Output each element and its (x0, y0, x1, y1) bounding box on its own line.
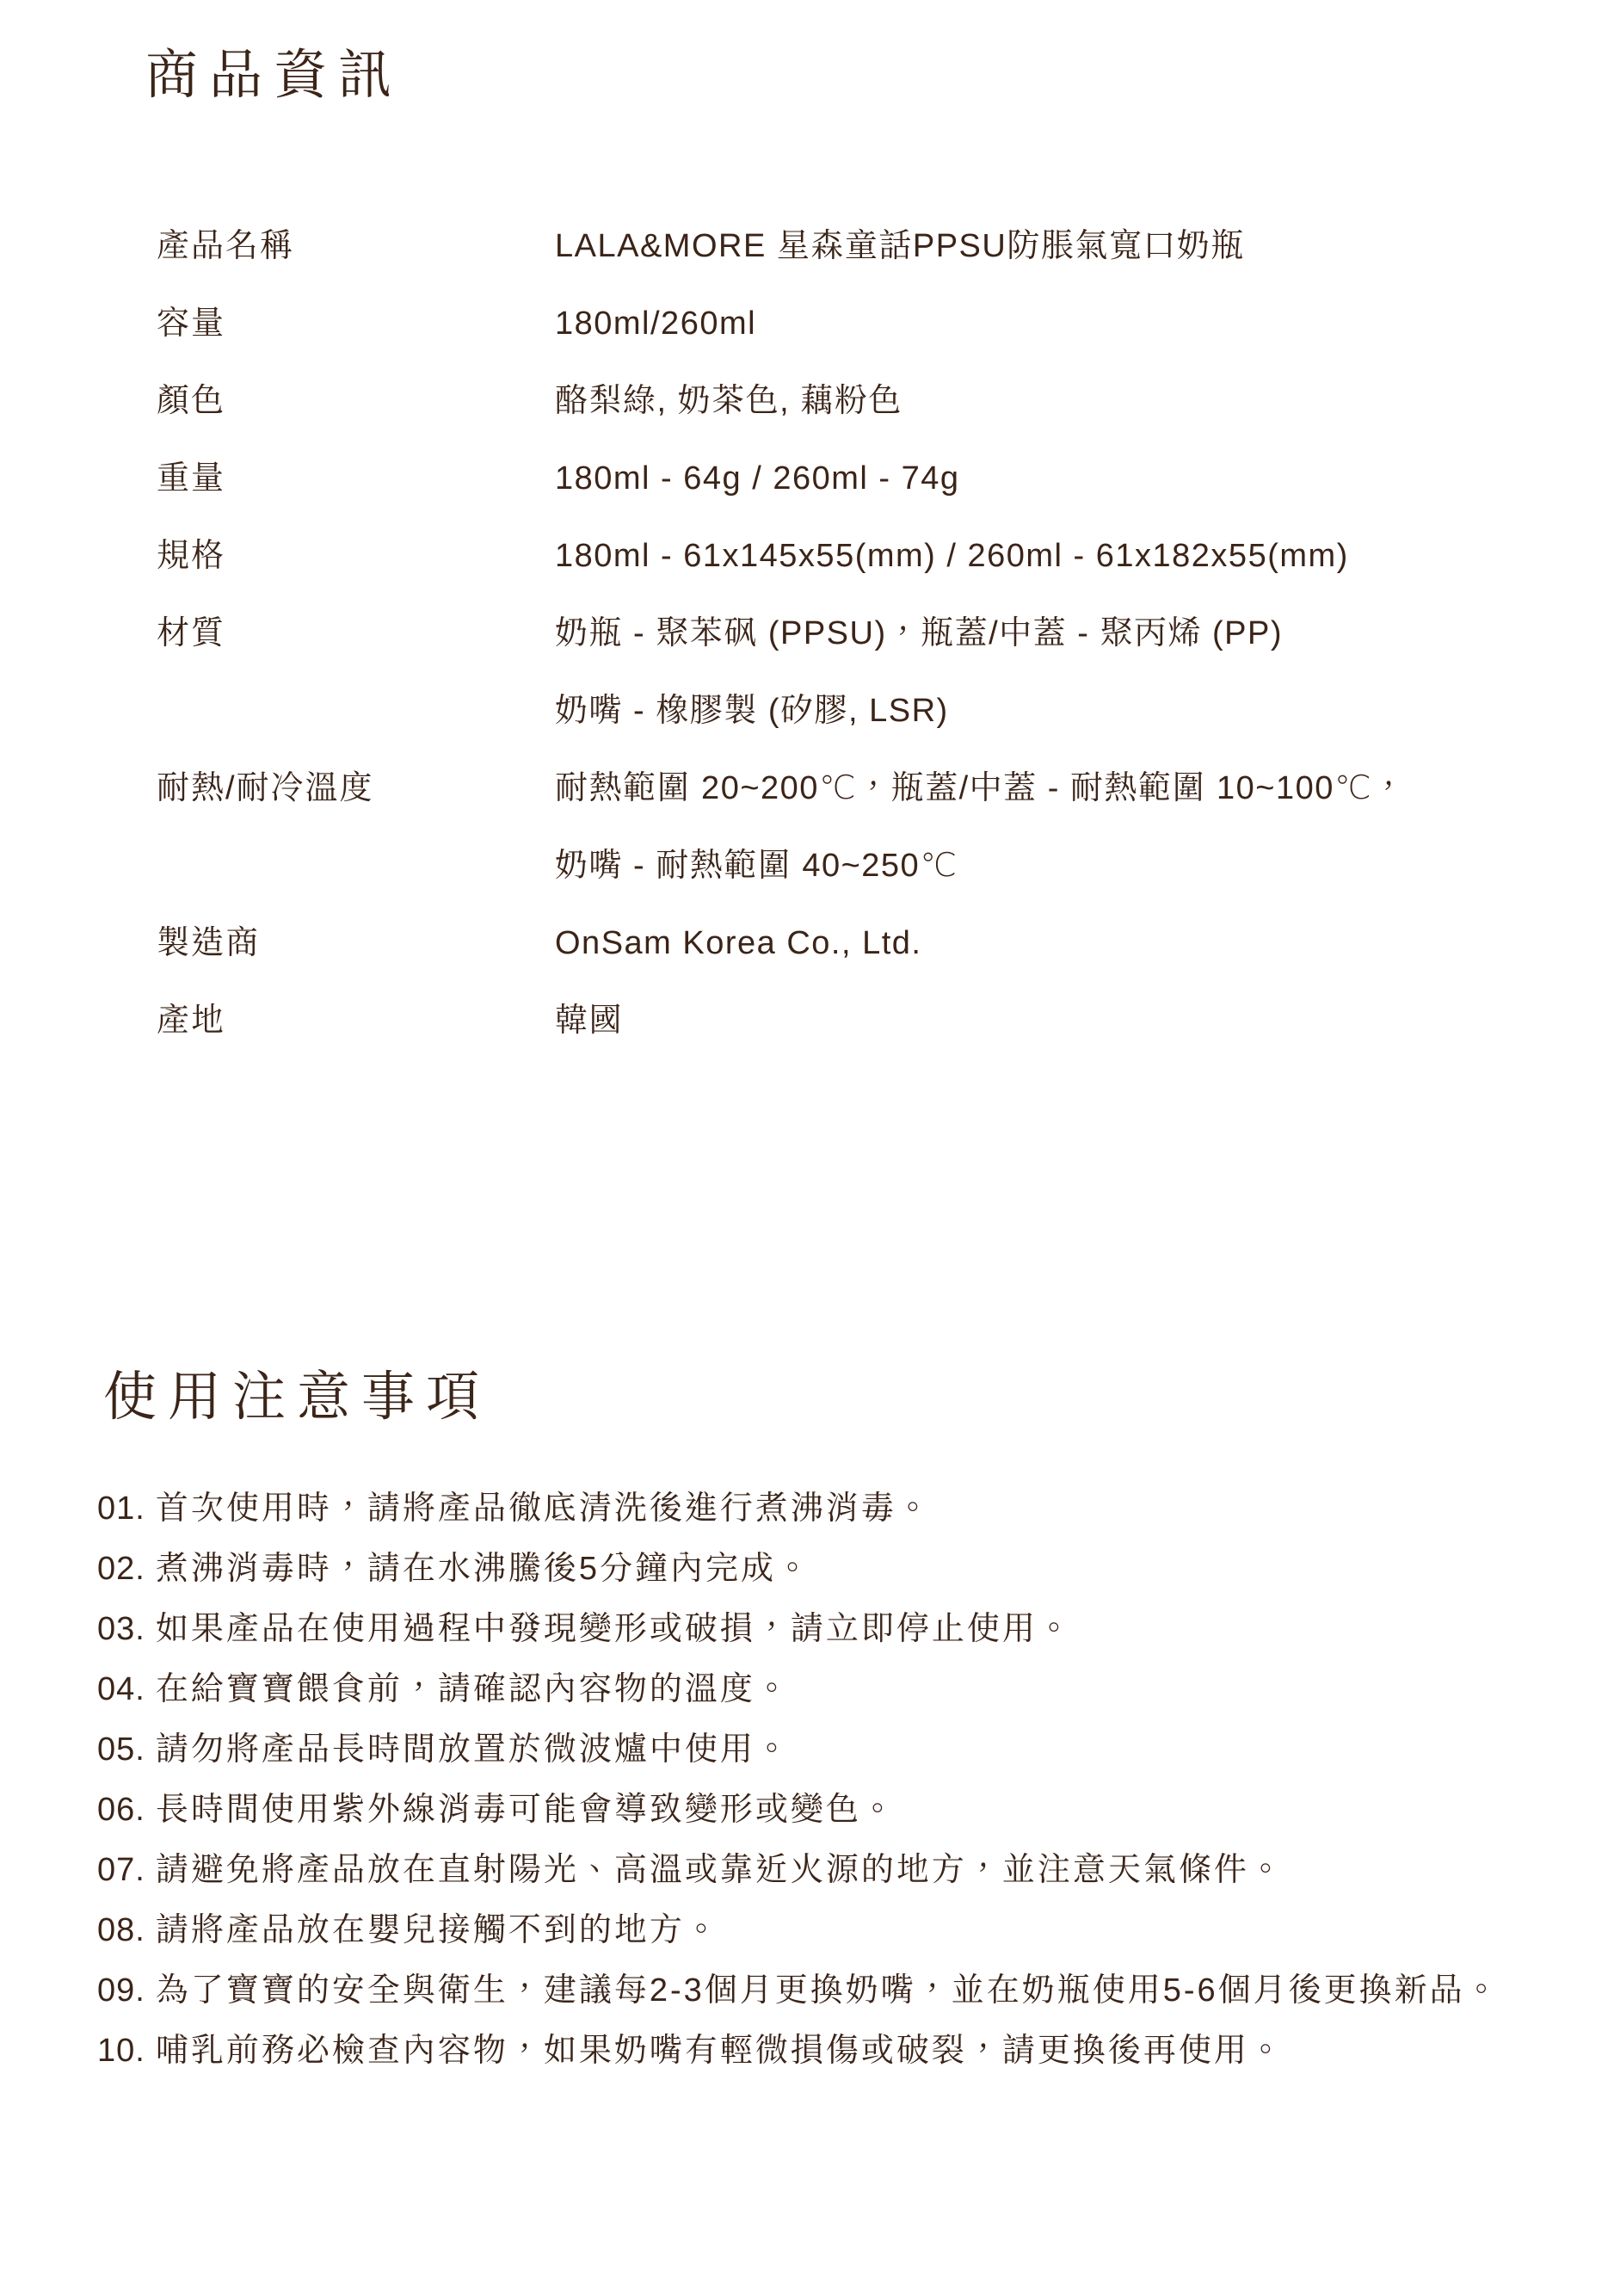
usage-note-item: 05. 請勿將產品長時間放置於微波爐中使用。 (97, 1719, 1614, 1780)
usage-note-item: 06. 長時間使用紫外線消毒可能會導致變形或變色。 (97, 1780, 1614, 1840)
note-number: 07. (97, 1840, 145, 1900)
note-text: 在給寶寶餵食前，請確認內容物的溫度。 (156, 1659, 1614, 1719)
spec-label: 製造商 (157, 904, 555, 982)
usage-note-item: 04. 在給寶寶餵食前，請確認內容物的溫度。 (97, 1659, 1614, 1719)
note-text: 為了寶寶的安全與衛生，建議每2-3個月更換奶嘴，並在奶瓶使用5-6個月後更換新品… (156, 1960, 1614, 2021)
spec-label: 耐熱/耐冷溫度 (157, 750, 555, 827)
note-number: 01. (97, 1478, 145, 1539)
note-number: 03. (97, 1599, 145, 1659)
spec-label: 產地 (157, 982, 555, 1059)
usage-note-item: 07. 請避免將產品放在直射陽光、高溫或靠近火源的地方，並注意天氣條件。 (97, 1840, 1614, 1900)
note-text: 長時間使用紫外線消毒可能會導致變形或變色。 (156, 1780, 1614, 1840)
spec-label: 重量 (157, 440, 555, 517)
note-text: 請勿將產品長時間放置於微波爐中使用。 (156, 1719, 1614, 1780)
spec-row: 材質 奶瓶 - 聚苯砜 (PPSU)，瓶蓋/中蓋 - 聚丙烯 (PP) 奶嘴 -… (157, 595, 1614, 750)
spec-value: 耐熱範圍 20~200℃，瓶蓋/中蓋 - 耐熱範圍 10~100℃， 奶嘴 - … (555, 750, 1614, 904)
note-number: 10. (97, 2021, 145, 2081)
spec-value: 奶瓶 - 聚苯砜 (PPSU)，瓶蓋/中蓋 - 聚丙烯 (PP) 奶嘴 - 橡膠… (555, 595, 1614, 750)
spec-row: 容量 180ml/260ml (157, 285, 1614, 362)
spec-value: 180ml - 61x145x55(mm) / 260ml - 61x182x5… (555, 517, 1614, 595)
usage-note-item: 10. 哺乳前務必檢查內容物，如果奶嘴有輕微損傷或破裂，請更換後再使用。 (97, 2021, 1614, 2081)
spec-row: 重量 180ml - 64g / 260ml - 74g (157, 440, 1614, 517)
usage-note-item: 08. 請將產品放在嬰兒接觸不到的地方。 (97, 1900, 1614, 1960)
spec-row: 產地 韓國 (157, 982, 1614, 1059)
spec-label: 產品名稱 (157, 207, 555, 285)
spec-label: 容量 (157, 285, 555, 362)
spec-label: 顏色 (157, 362, 555, 440)
spec-label: 規格 (157, 517, 555, 595)
spec-value: 180ml/260ml (555, 285, 1614, 362)
note-text: 如果產品在使用過程中發現變形或破損，請立即停止使用。 (156, 1599, 1614, 1659)
note-number: 09. (97, 1960, 145, 2021)
usage-notes-list: 01. 首次使用時，請將產品徹底清洗後進行煮沸消毒。 02. 煮沸消毒時，請在水… (97, 1478, 1614, 2081)
note-number: 02. (97, 1539, 145, 1599)
note-text: 哺乳前務必檢查內容物，如果奶嘴有輕微損傷或破裂，請更換後再使用。 (156, 2021, 1614, 2081)
usage-note-item: 03. 如果產品在使用過程中發現變形或破損，請立即停止使用。 (97, 1599, 1614, 1659)
note-number: 04. (97, 1659, 145, 1719)
spec-row: 耐熱/耐冷溫度 耐熱範圍 20~200℃，瓶蓋/中蓋 - 耐熱範圍 10~100… (157, 750, 1614, 904)
spec-value: 180ml - 64g / 260ml - 74g (555, 440, 1614, 517)
spec-table: 產品名稱 LALA&MORE 星森童話PPSU防脹氣寬口奶瓶 容量 180ml/… (157, 207, 1614, 1059)
spec-row: 規格 180ml - 61x145x55(mm) / 260ml - 61x18… (157, 517, 1614, 595)
note-number: 05. (97, 1719, 145, 1780)
note-text: 請避免將產品放在直射陽光、高溫或靠近火源的地方，並注意天氣條件。 (156, 1840, 1614, 1900)
product-detail-page: 商品資訊 產品名稱 LALA&MORE 星森童話PPSU防脹氣寬口奶瓶 容量 1… (0, 0, 1614, 2296)
note-text: 請將產品放在嬰兒接觸不到的地方。 (156, 1900, 1614, 1960)
spec-value: LALA&MORE 星森童話PPSU防脹氣寬口奶瓶 (555, 207, 1614, 285)
note-text: 首次使用時，請將產品徹底清洗後進行煮沸消毒。 (156, 1478, 1614, 1539)
note-number: 08. (97, 1900, 145, 1960)
spec-value: OnSam Korea Co., Ltd. (555, 904, 1614, 982)
spec-value: 韓國 (555, 982, 1614, 1059)
note-number: 06. (97, 1780, 145, 1840)
spec-value: 酪梨綠, 奶茶色, 藕粉色 (555, 362, 1614, 440)
usage-note-item: 01. 首次使用時，請將產品徹底清洗後進行煮沸消毒。 (97, 1478, 1614, 1539)
usage-note-item: 09. 為了寶寶的安全與衛生，建議每2-3個月更換奶嘴，並在奶瓶使用5-6個月後… (97, 1960, 1614, 2021)
usage-notes-title: 使用注意事項 (103, 1367, 1614, 1428)
spec-row: 產品名稱 LALA&MORE 星森童話PPSU防脹氣寬口奶瓶 (157, 207, 1614, 285)
spec-row: 製造商 OnSam Korea Co., Ltd. (157, 904, 1614, 982)
note-text: 煮沸消毒時，請在水沸騰後5分鐘內完成。 (156, 1539, 1614, 1599)
spec-row: 顏色 酪梨綠, 奶茶色, 藕粉色 (157, 362, 1614, 440)
spec-label: 材質 (157, 595, 555, 672)
usage-note-item: 02. 煮沸消毒時，請在水沸騰後5分鐘內完成。 (97, 1539, 1614, 1599)
page-title: 商品資訊 (0, 0, 1614, 106)
